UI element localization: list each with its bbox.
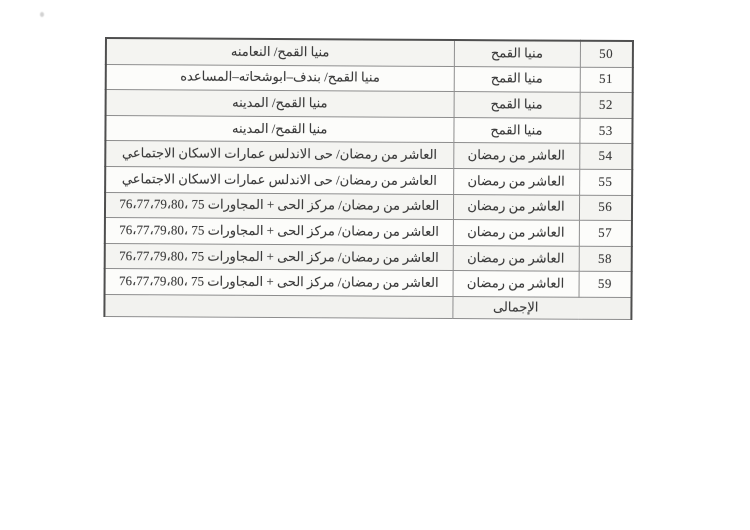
details-cell: العاشر من رمضان/ حى الاندلس عمارات الاسك…: [105, 166, 453, 194]
serial-cell: 51: [580, 67, 633, 93]
table-row: 58العاشر من رمضانالعاشر من رمضان/ مركز ا…: [105, 243, 632, 272]
district-cell: العاشر من رمضان: [453, 194, 579, 220]
serial-cell: 54: [579, 144, 632, 170]
table-row: 50منيا القمحمنيا القمح/ النعامنه: [106, 38, 633, 67]
district-cell: العاشر من رمضان: [453, 143, 579, 169]
district-cell: العاشر من رمضان: [453, 245, 579, 271]
details-cell: منيا القمح/ النعامنه: [106, 38, 454, 66]
table-footer: الإجمالى: [104, 294, 631, 319]
serial-cell: 53: [579, 118, 632, 144]
table-row: 57العاشر من رمضانالعاشر من رمضان/ مركز ا…: [105, 218, 632, 247]
table-row: 53منيا القمحمنيا القمح/ المدينه: [105, 115, 632, 144]
details-cell: العاشر من رمضان/ مركز الحى + المجاورات 7…: [105, 269, 453, 297]
serial-cell: 57: [579, 220, 632, 246]
serial-cell: 50: [580, 41, 633, 67]
table-row: 54العاشر من رمضانالعاشر من رمضان/ حى الا…: [105, 141, 632, 170]
table-row: 56العاشر من رمضانالعاشر من رمضان/ مركز ا…: [105, 192, 632, 221]
district-cell: العاشر من رمضان: [453, 220, 579, 246]
table-row: 51منيا القمحمنيا القمح/ بندف–ابوشحاته–ال…: [106, 64, 633, 93]
total-label: الإجمالى: [452, 296, 578, 319]
district-cell: العاشر من رمضان: [453, 168, 579, 194]
serial-cell: 56: [579, 195, 632, 221]
table-sheet: 50منيا القمحمنيا القمح/ النعامنه51منيا ا…: [103, 37, 634, 320]
details-cell: منيا القمح/ المدينه: [106, 90, 454, 118]
serial-cell: 55: [579, 169, 632, 195]
district-cell: منيا القمح: [454, 66, 580, 92]
table-row: 55العاشر من رمضانالعاشر من رمضان/ حى الا…: [105, 166, 632, 195]
district-cell: منيا القمح: [454, 40, 580, 67]
details-cell: العاشر من رمضان/ حى الاندلس عمارات الاسك…: [105, 141, 453, 169]
details-cell: منيا القمح/ بندف–ابوشحاته–المساعده: [106, 64, 454, 92]
locations-table: 50منيا القمحمنيا القمح/ النعامنه51منيا ا…: [103, 37, 634, 320]
total-row: الإجمالى: [104, 294, 631, 319]
scanned-document-page: 50منيا القمحمنيا القمح/ النعامنه51منيا ا…: [0, 0, 750, 530]
district-cell: منيا القمح: [454, 92, 580, 118]
serial-cell-empty: [578, 297, 631, 319]
details-cell-empty: [104, 294, 452, 318]
serial-cell: 52: [580, 92, 633, 118]
details-cell: العاشر من رمضان/ مركز الحى + المجاورات 7…: [105, 243, 453, 271]
district-cell: العاشر من رمضان: [453, 271, 579, 297]
table-row: 59العاشر من رمضانالعاشر من رمضان/ مركز ا…: [105, 269, 632, 298]
details-cell: العاشر من رمضان/ مركز الحى + المجاورات 7…: [105, 192, 453, 220]
serial-cell: 59: [579, 272, 632, 298]
scan-artifact: [40, 12, 44, 17]
table-row: 52منيا القمحمنيا القمح/ المدينه: [106, 90, 633, 119]
district-cell: منيا القمح: [453, 117, 579, 143]
table-body: 50منيا القمحمنيا القمح/ النعامنه51منيا ا…: [105, 38, 633, 297]
serial-cell: 58: [579, 246, 632, 272]
details-cell: العاشر من رمضان/ مركز الحى + المجاورات 7…: [105, 218, 453, 246]
details-cell: منيا القمح/ المدينه: [105, 115, 453, 143]
